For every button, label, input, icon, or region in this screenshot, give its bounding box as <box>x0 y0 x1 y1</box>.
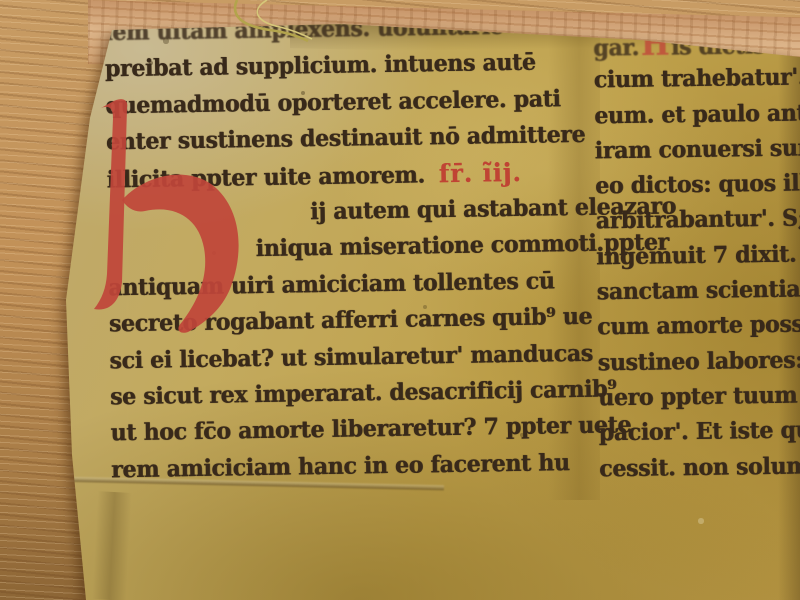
manuscript-line-first: gar.His dictis cōfestim ad suppli <box>593 24 800 64</box>
manuscript-line: arbitrabantur'. S; cū <box>595 200 800 240</box>
text-column-right: gar.His dictis cōfestim ad suppli cium t… <box>593 26 800 488</box>
dirt-speckles <box>0 0 2 2</box>
red-initial-letter: H <box>641 26 670 63</box>
parchment-page-wrap: lem uitam amplexens. uoluntarie preibat … <box>0 0 800 600</box>
manuscript-line: cum amorte possem l <box>597 306 800 346</box>
manuscript-line: iram conuersi sunt <box>594 130 800 170</box>
manuscript-line: uero ppter tuum amo <box>598 377 800 417</box>
photo-of-manuscript: { "manuscript": { "left_column": { "line… <box>0 0 800 600</box>
manuscript-line: cium trahebatur'. hi <box>593 59 800 99</box>
illuminated-initial-h <box>82 96 282 336</box>
parchment-page: lem uitam amplexens. uoluntarie preibat … <box>0 0 800 600</box>
parchment-streak <box>92 491 132 600</box>
binding-thread <box>212 0 332 50</box>
manuscript-line: gar. <box>593 34 639 62</box>
manuscript-line: eo dictos: quos illi p <box>595 165 800 205</box>
manuscript-line: sanctam scientiam m <box>596 271 800 311</box>
manuscript-line: ingemuit 7 dixit. D <box>596 236 800 276</box>
manuscript-line: is dictis cōfestim ad suppli <box>671 29 800 61</box>
manuscript-line: eum. et paulo ante f <box>594 94 800 134</box>
manuscript-line: pacior'. Et iste quidem <box>598 412 800 452</box>
manuscript-line: cessit. non solum iuue <box>599 447 800 487</box>
manuscript-line: sustineo labores: secū <box>597 342 800 382</box>
manuscript-line: rem amiciciam hanc in eo facerent hu <box>111 444 572 489</box>
chapter-rubric: fr̄. ĩij. <box>439 156 522 188</box>
